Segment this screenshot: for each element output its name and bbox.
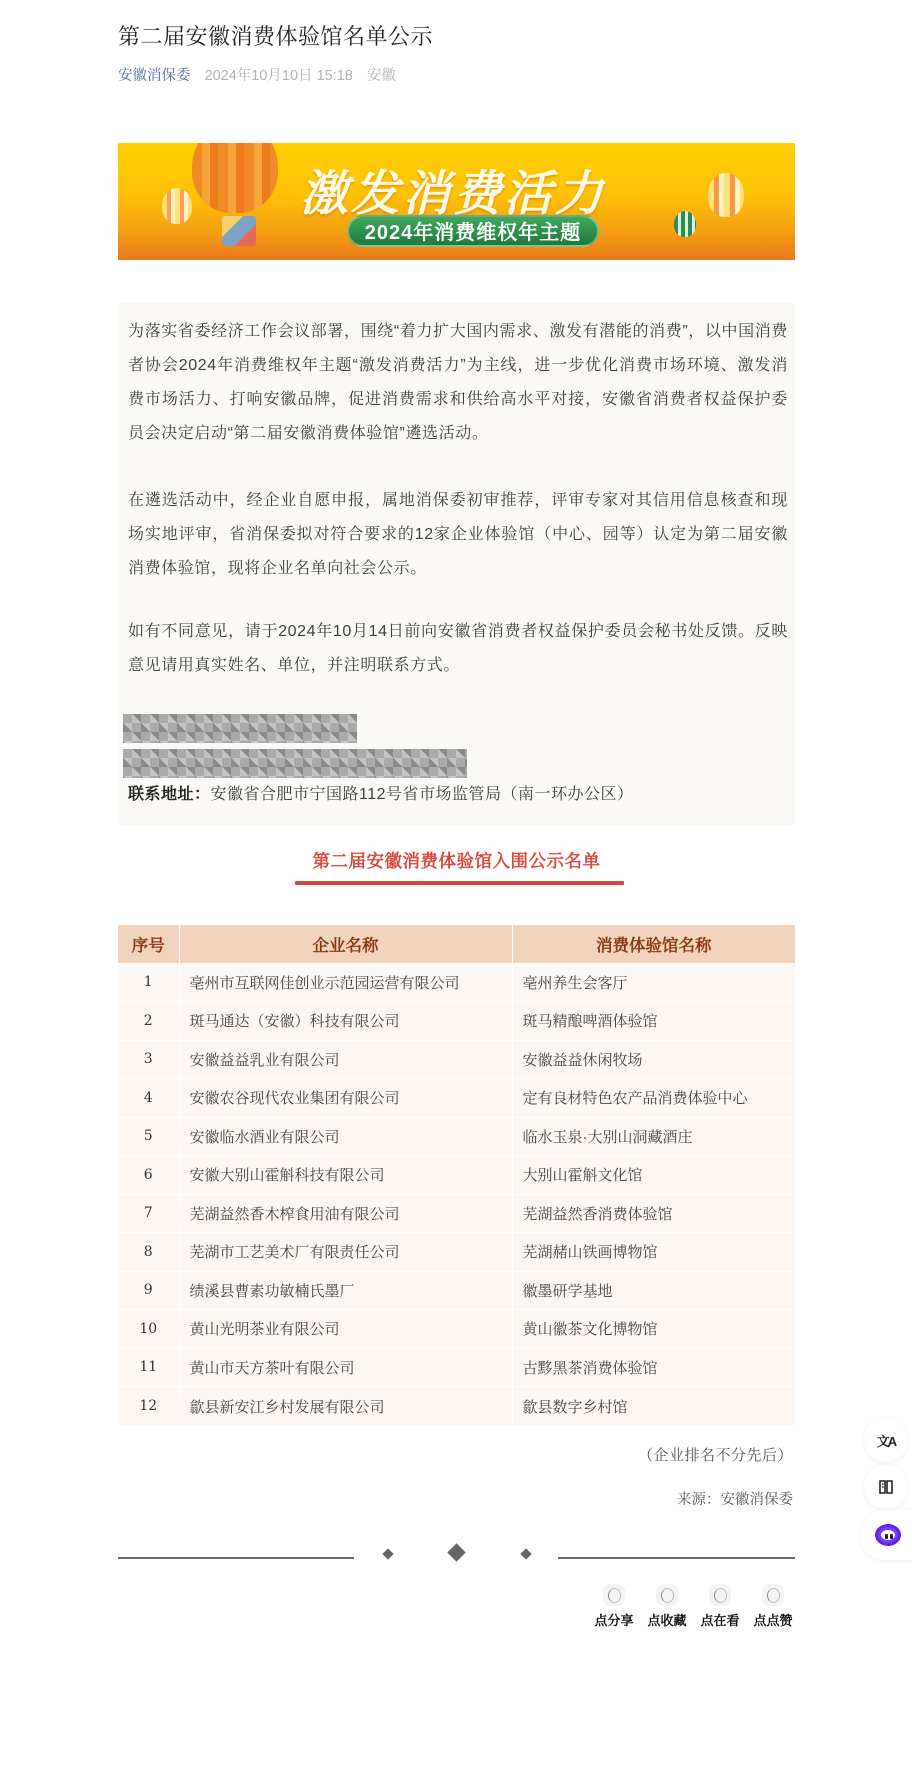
- row-venue: 临水玉泉·大别山洞藏酒庄: [512, 1117, 795, 1156]
- row-no: 1: [118, 963, 179, 1002]
- row-venue: 亳州养生会客厅: [512, 963, 795, 1002]
- reader-mode-icon: [878, 1479, 894, 1495]
- table-row: 5安徽临水酒业有限公司临水玉泉·大别山洞藏酒庄: [118, 1117, 795, 1156]
- row-venue: 斑马精酿啤酒体验馆: [512, 1002, 795, 1041]
- row-venue: 黄山徽茶文化博物馆: [512, 1310, 795, 1349]
- row-no: 12: [118, 1387, 179, 1426]
- redacted-contact-line: [123, 714, 357, 743]
- row-company: 黄山光明茶业有限公司: [179, 1310, 512, 1349]
- row-no: 7: [118, 1194, 179, 1233]
- like-label: 点点赞: [753, 1610, 792, 1629]
- engagement-actions: 点分享 点收藏 点在看 点点赞: [592, 1584, 795, 1629]
- table-header-row: 序号 企业名称 消费体验馆名称: [118, 925, 795, 963]
- hot-air-balloon-icon: [674, 211, 696, 237]
- table-row: 7芜湖益然香木榨食用油有限公司芜湖益然香消费体验馆: [118, 1194, 795, 1233]
- favorite-button[interactable]: 点收藏: [645, 1584, 689, 1629]
- intro-paragraph: 为落实省委经济工作会议部署，围绕“着力扩大国内需求、激发有潜能的消费”，以中国消…: [128, 315, 788, 451]
- watching-button[interactable]: 点在看: [698, 1584, 742, 1629]
- row-venue: 定有良材特色农产品消费体验中心: [512, 1079, 795, 1118]
- table-row: 4安徽农谷现代农业集团有限公司定有良材特色农产品消费体验中心: [118, 1079, 795, 1118]
- row-company: 芜湖益然香木榨食用油有限公司: [179, 1194, 512, 1233]
- account-name-link[interactable]: 安徽消保委: [118, 68, 191, 84]
- favorite-label: 点收藏: [647, 1610, 686, 1629]
- table-row: 1亳州市互联网佳创业示范园运营有限公司亳州养生会客厅: [118, 963, 795, 1002]
- hot-air-balloon-icon: [192, 143, 278, 213]
- hot-air-balloon-icon: [162, 188, 192, 224]
- table-row: 11黄山市天方茶叶有限公司古黟黑茶消费体验馆: [118, 1348, 795, 1387]
- table-row: 2斑马通达（安徽）科技有限公司斑马精酿啤酒体验馆: [118, 1002, 795, 1041]
- article-meta: 安徽消保委 2024年10月10日 15:18 安徽: [118, 64, 406, 85]
- banner-image: 激发消费活力 2024年消费维权年主题: [118, 143, 795, 260]
- row-company: 亳州市互联网佳创业示范园运营有限公司: [179, 963, 512, 1002]
- source-credit: 来源：安徽消保委: [677, 1488, 793, 1509]
- article-title: 第二届安徽消费体验馆名单公示: [118, 20, 433, 51]
- row-venue: 徽墨研学基地: [512, 1271, 795, 1310]
- intro-paragraph: 在遴选活动中，经企业自愿申报，属地消保委初审推荐，评审专家对其信用信息核查和现场…: [128, 484, 788, 586]
- table-row: 9绩溪县曹素功敏楠氏墨厂徽墨研学基地: [118, 1271, 795, 1310]
- like-button[interactable]: 点点赞: [751, 1584, 795, 1629]
- table-row: 3安徽益益乳业有限公司安徽益益休闲牧场: [118, 1040, 795, 1079]
- table-row: 8芜湖市工艺美术厂有限责任公司芜湖赭山铁画博物馆: [118, 1233, 795, 1272]
- row-venue: 芜湖赭山铁画博物馆: [512, 1233, 795, 1272]
- row-no: 3: [118, 1040, 179, 1079]
- row-no: 8: [118, 1233, 179, 1272]
- address-label: 联系地址：: [128, 786, 211, 803]
- row-no: 2: [118, 1002, 179, 1041]
- intro-section: 为落实省委经济工作会议部署，围绕“着力扩大国内需求、激发有潜能的消费”，以中国消…: [118, 303, 795, 825]
- venue-table: 序号 企业名称 消费体验馆名称 1亳州市互联网佳创业示范园运营有限公司亳州养生会…: [118, 925, 795, 1425]
- hot-air-balloon-icon: [708, 173, 744, 217]
- diamond-ornament-icon: [382, 1548, 393, 1559]
- banner-headline: 激发消费活力: [300, 155, 606, 224]
- row-company: 安徽大别山霍斛科技有限公司: [179, 1156, 512, 1195]
- row-no: 6: [118, 1156, 179, 1195]
- row-venue: 大别山霍斛文化馆: [512, 1156, 795, 1195]
- share-icon: [603, 1584, 625, 1606]
- publish-location: 安徽: [367, 68, 396, 84]
- watching-label: 点在看: [700, 1610, 739, 1629]
- row-no: 10: [118, 1310, 179, 1349]
- gift-cubes-icon: [222, 216, 256, 246]
- address-value: 安徽省合肥市宁国路112号省市场监管局（南一环办公区）: [211, 786, 634, 803]
- row-company: 安徽农谷现代农业集团有限公司: [179, 1079, 512, 1118]
- row-venue: 古黟黑茶消费体验馆: [512, 1348, 795, 1387]
- ranking-note: （企业排名不分先后）: [638, 1444, 793, 1465]
- intro-paragraph: 如有不同意见，请于2024年10月14日前向安徽省消费者权益保护委员会秘书处反馈…: [128, 615, 788, 683]
- row-company: 歙县新安江乡村发展有限公司: [179, 1387, 512, 1426]
- row-no: 4: [118, 1079, 179, 1118]
- header-company: 企业名称: [179, 925, 512, 963]
- row-no: 5: [118, 1117, 179, 1156]
- diamond-ornament-icon: [447, 1543, 465, 1561]
- row-company: 黄山市天方茶叶有限公司: [179, 1348, 512, 1387]
- diamond-ornament-icon: [520, 1548, 531, 1559]
- row-venue: 安徽益益休闲牧场: [512, 1040, 795, 1079]
- header-no: 序号: [118, 925, 179, 963]
- contact-address: 联系地址：安徽省合肥市宁国路112号省市场监管局（南一环办公区）: [128, 780, 634, 810]
- divider-line: [558, 1557, 795, 1559]
- row-no: 11: [118, 1348, 179, 1387]
- row-company: 绩溪县曹素功敏楠氏墨厂: [179, 1271, 512, 1310]
- row-no: 9: [118, 1271, 179, 1310]
- favorite-icon: [656, 1584, 678, 1606]
- banner-subtitle: 2024年消费维权年主题: [347, 215, 599, 247]
- redacted-contact-line: [123, 749, 467, 778]
- row-company: 安徽临水酒业有限公司: [179, 1117, 512, 1156]
- ai-assistant-button[interactable]: [860, 1510, 912, 1560]
- row-venue: 芜湖益然香消费体验馆: [512, 1194, 795, 1233]
- ai-assistant-icon: [875, 1524, 901, 1546]
- title-underline: [295, 881, 624, 885]
- row-company: 斑马通达（安徽）科技有限公司: [179, 1002, 512, 1041]
- publish-time: 2024年10月10日 15:18: [205, 68, 353, 84]
- reader-mode-button[interactable]: [864, 1465, 908, 1509]
- translate-icon: 文A: [877, 1431, 895, 1450]
- list-title: 第二届安徽消费体验馆入围公示名单: [118, 848, 795, 873]
- divider-line: [118, 1557, 354, 1559]
- table-row: 10黄山光明茶业有限公司黄山徽茶文化博物馆: [118, 1310, 795, 1349]
- watching-icon: [709, 1584, 731, 1606]
- header-venue: 消费体验馆名称: [512, 925, 795, 963]
- share-label: 点分享: [594, 1610, 633, 1629]
- share-button[interactable]: 点分享: [592, 1584, 636, 1629]
- table-row: 6安徽大别山霍斛科技有限公司大别山霍斛文化馆: [118, 1156, 795, 1195]
- row-venue: 歙县数字乡村馆: [512, 1387, 795, 1426]
- like-icon: [762, 1584, 784, 1606]
- row-company: 安徽益益乳业有限公司: [179, 1040, 512, 1079]
- table-row: 12歙县新安江乡村发展有限公司歙县数字乡村馆: [118, 1387, 795, 1426]
- row-company: 芜湖市工艺美术厂有限责任公司: [179, 1233, 512, 1272]
- translate-button[interactable]: 文A: [864, 1418, 908, 1462]
